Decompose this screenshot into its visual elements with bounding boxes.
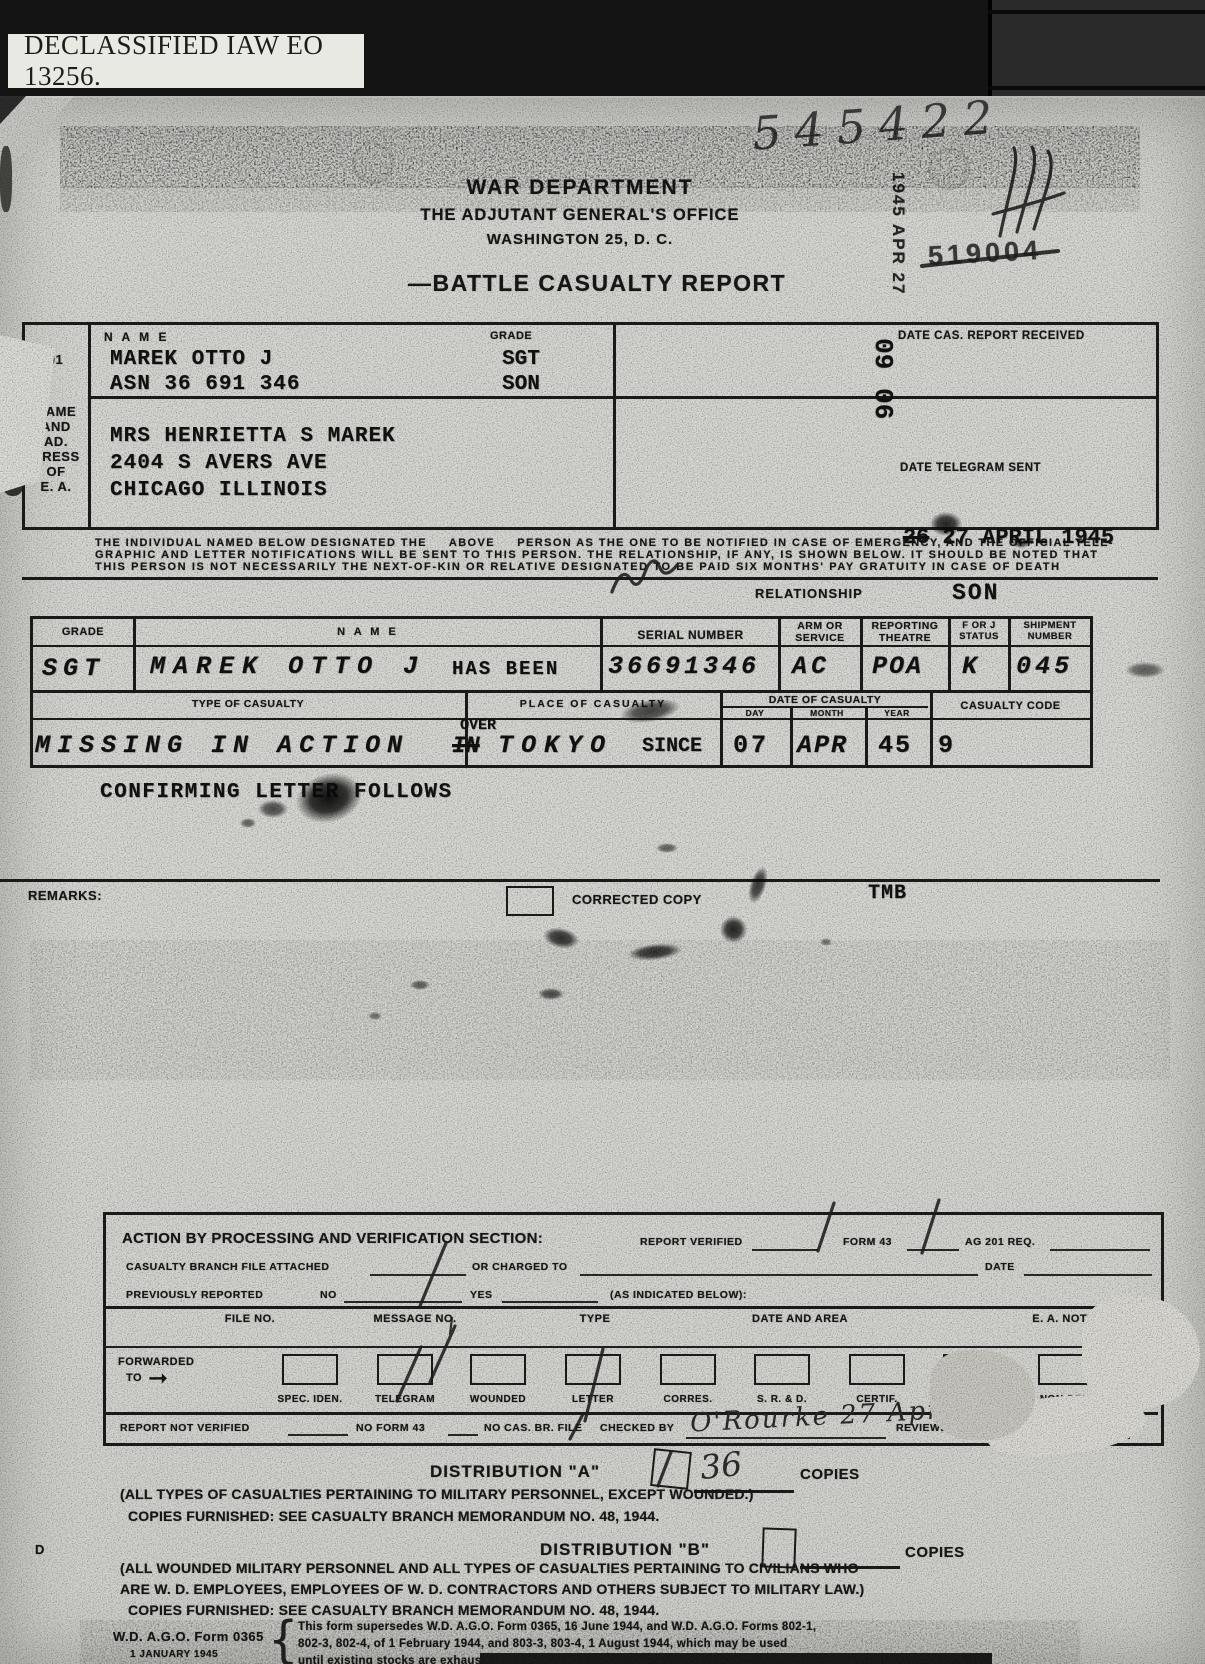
arm-header-line: SERVICE: [780, 632, 860, 644]
shipment-header: SHIPMENT NUMBER: [1010, 620, 1090, 642]
month-value: APR: [797, 731, 848, 760]
fill-line: [752, 1249, 818, 1251]
forwarded-checkbox-wounded: [470, 1354, 526, 1385]
edge-mark: [0, 146, 12, 212]
ink-blot: [410, 980, 430, 990]
fill-line: [907, 1249, 959, 1251]
name-value: MAREK OTTO J: [150, 652, 426, 681]
theatre-header-line: REPORTING: [862, 620, 948, 632]
fill-line: [580, 1274, 978, 1276]
arrow-right-icon: ➞: [148, 1364, 168, 1392]
type-of-casualty-header: TYPE OF CASUALTY: [33, 698, 463, 710]
distribution-b-label: DISTRIBUTION "B": [540, 1540, 710, 1560]
theatre-header: REPORTING THEATRE: [862, 620, 948, 644]
letterhead: WAR DEPARTMENT THE ADJUTANT GENERAL'S OF…: [255, 176, 905, 248]
col-header-date-area: DATE AND AREA: [720, 1313, 880, 1325]
punch-hole: [928, 148, 970, 190]
received-stamp-09: 09: [868, 338, 898, 369]
ink-blot: [538, 988, 564, 1000]
forwarded-item-label: SPEC. IDEN.: [263, 1394, 357, 1405]
fill-line: [344, 1301, 462, 1303]
ink-blot: [720, 916, 747, 943]
distribution-b-desc1: (ALL WOUNDED MILITARY PERSONNEL AND ALL …: [120, 1560, 859, 1576]
fill-line: [1050, 1249, 1150, 1251]
footer-note-2: 802-3, 802-4, of 1 February 1944, and 80…: [298, 1638, 787, 1650]
arm-value: AC: [792, 652, 830, 681]
ag201-label: AG 201 REQ.: [965, 1236, 1035, 1248]
place-value: TOKYO: [498, 731, 613, 760]
id-box-label-divider: [88, 322, 91, 530]
banner-right-seam: [988, 10, 1205, 14]
table-left-border: [30, 616, 33, 768]
date-fill-label: DATE: [985, 1261, 1015, 1273]
fill-line: [686, 1437, 886, 1439]
war-department-title: WAR DEPARTMENT: [255, 176, 905, 200]
shipment-value: 045: [1016, 652, 1073, 681]
col-header-file-no: FILE NO.: [180, 1313, 320, 1325]
since-text: SINCE: [642, 735, 702, 758]
bottom-dark-strip: [480, 1653, 992, 1664]
as-indicated-label: (AS INDICATED BELOW):: [610, 1289, 747, 1301]
forwarded-to-label: TO: [126, 1372, 142, 1384]
over-correction: OVER: [460, 717, 496, 734]
no-form43-label: NO FORM 43: [356, 1422, 425, 1434]
id-box-date-divider: [613, 322, 616, 530]
ink-blot: [930, 512, 962, 536]
relationship-label: RELATIONSHIP: [755, 586, 863, 601]
col-header-type: TYPE: [540, 1313, 650, 1325]
forwarded-item-label: CORRES.: [641, 1394, 735, 1405]
fill-line: [288, 1434, 348, 1436]
adjutant-office-line: THE ADJUTANT GENERAL'S OFFICE: [255, 206, 905, 225]
casualty-relation: SON: [502, 373, 540, 396]
forwarded-item-label: LETTER: [546, 1394, 640, 1405]
distribution-b-desc2: ARE W. D. EMPLOYEES, EMPLOYEES OF W. D. …: [120, 1581, 864, 1597]
ea-street: 2404 S AVERS AVE: [110, 452, 328, 475]
form43-label: FORM 43: [843, 1236, 892, 1248]
year-value: 45: [878, 731, 912, 760]
light-patch: [930, 1350, 1035, 1440]
grade-column-header: GRADE: [490, 330, 532, 342]
casualty-asn: ASN 36 691 346: [110, 373, 300, 396]
has-been-text: HAS BEEN: [452, 658, 559, 680]
date-received-stamp: 1945 APR 27: [888, 172, 908, 304]
date-received-label: DATE CAS. REPORT RECEIVED: [898, 330, 1085, 342]
form-number: W.D. A.G.O. Form 0365: [113, 1629, 264, 1644]
struck-stamp-number: 519004: [927, 235, 1043, 272]
name-column-header: N A M E: [104, 330, 169, 344]
forj-value: K: [962, 652, 977, 681]
or-charged-label: OR CHARGED TO: [472, 1261, 568, 1273]
forwarded-checkbox-telegram: [377, 1354, 433, 1385]
declassified-text: DECLASSIFIED IAW EO 13256.: [8, 30, 364, 92]
place-of-casualty-header: PLACE OF CASUALTY: [468, 698, 718, 710]
checked-by-label: CHECKED BY: [600, 1422, 674, 1434]
punch-hole: [352, 142, 394, 184]
copies-label-b: COPIES: [905, 1544, 965, 1561]
year-header: YEAR: [867, 708, 927, 718]
distribution-a-furnished: COPIES FURNISHED: SEE CASUALTY BRANCH ME…: [128, 1508, 660, 1524]
remarks-initials: TMB: [868, 882, 907, 905]
banner-right-seam: [988, 86, 1205, 90]
no-cas-file-label: NO CAS. BR. FILE: [484, 1422, 582, 1434]
code-value: 9: [938, 731, 953, 760]
banner-right-block: [988, 0, 1205, 96]
name-header: N A M E: [136, 626, 600, 638]
not-verified-label: REPORT NOT VERIFIED: [120, 1422, 250, 1434]
table-bottom-border: [30, 765, 1092, 768]
table-right-border: [1090, 616, 1093, 768]
declassified-label: DECLASSIFIED IAW EO 13256.: [8, 34, 364, 88]
id-box-right-border: [1156, 322, 1159, 530]
action-title: ACTION BY PROCESSING AND VERIFICATION SE…: [122, 1230, 543, 1247]
corner-mark: D: [35, 1542, 45, 1557]
casualty-code-header: CASUALTY CODE: [933, 700, 1088, 712]
grade-header: GRADE: [33, 626, 133, 638]
forwarded-checkbox-letter: [565, 1354, 621, 1385]
arm-service-header: ARM OR SERVICE: [780, 620, 860, 644]
id-box-top-border: [22, 322, 1158, 325]
distribution-a-checkbox: [650, 1448, 692, 1490]
table-mid-border: [30, 690, 1092, 693]
empty-row-line: [103, 1346, 1158, 1348]
notice-line-3: THIS PERSON IS NOT NECESSARILY THE NEXT-…: [95, 561, 1061, 573]
ea-city: CHICAGO ILLINOIS: [110, 479, 328, 502]
fill-line: [502, 1301, 598, 1303]
ink-blot: [1012, 538, 1030, 548]
forj-header-line: STATUS: [950, 631, 1008, 642]
casualty-grade: SGT: [502, 348, 540, 371]
struck-word: IN: [452, 733, 480, 759]
distribution-a-label: DISTRIBUTION "A": [430, 1462, 600, 1482]
forwarded-item-label: TELEGRAM: [358, 1394, 452, 1405]
ink-blot: [240, 818, 256, 828]
washington-line: WASHINGTON 25, D. C.: [255, 231, 905, 248]
forwarded-checkbox-srd: [754, 1354, 810, 1385]
table-header-rule: [30, 645, 1092, 647]
ink-blot: [820, 938, 832, 946]
action-divider: [103, 1306, 1158, 1309]
ink-blot: [1125, 662, 1165, 678]
copies-label-a: COPIES: [800, 1466, 860, 1483]
fill-line: [1024, 1274, 1152, 1276]
arm-header-line: ARM OR: [780, 620, 860, 632]
day-header: DAY: [722, 708, 788, 718]
serial-value: 36691346: [608, 652, 760, 681]
serial-header: SERIAL NUMBER: [603, 628, 778, 642]
brace-glyph: {: [268, 1611, 299, 1664]
ea-name: MRS HENRIETTA S MAREK: [110, 425, 396, 448]
corrected-copy-checkbox: [506, 886, 554, 916]
no-label: NO: [320, 1289, 337, 1301]
grade-value: SGT: [42, 654, 105, 683]
type-value: MISSING IN ACTION: [35, 731, 409, 760]
forwarded-checkbox-certif: [849, 1354, 905, 1385]
forwarded-checkbox-spec-iden: [282, 1354, 338, 1385]
footer-note-3: until existing stocks are exhausted.: [298, 1655, 503, 1664]
day-value: 07: [733, 731, 769, 760]
forwarded-item-label: WOUNDED: [451, 1394, 545, 1405]
forj-header: F OR J STATUS: [950, 620, 1008, 642]
received-stamp-06: 06: [868, 388, 898, 419]
forwarded-checkbox-corres: [660, 1354, 716, 1385]
telegram-sent-label: DATE TELEGRAM SENT: [900, 462, 1041, 474]
prev-reported-label: PREVIOUSLY REPORTED: [126, 1289, 263, 1301]
shipment-header-line: SHIPMENT: [1010, 620, 1090, 631]
form-date: 1 JANUARY 1945: [130, 1649, 218, 1660]
light-patch: [1082, 1296, 1200, 1408]
ink-blot: [258, 800, 288, 818]
theatre-header-line: THEATRE: [862, 632, 948, 644]
forj-header-line: F OR J: [950, 620, 1008, 631]
relationship-value: SON: [952, 580, 999, 606]
report-title: —BATTLE CASUALTY REPORT: [408, 270, 786, 297]
fill-line: [370, 1274, 466, 1276]
notice-line-2: GRAPHIC AND LETTER NOTIFICATIONS WILL BE…: [95, 549, 1099, 561]
col-header-message-no: MESSAGE NO.: [340, 1313, 490, 1325]
scanned-battle-casualty-report: DECLASSIFIED IAW EO 13256. WAR DEPARTMEN…: [0, 0, 1205, 1664]
casualty-name: MAREK OTTO J: [110, 348, 273, 371]
fill-line: [448, 1434, 478, 1436]
footer-note-1: This form supersedes W.D. A.G.O. Form 03…: [298, 1621, 816, 1633]
date-of-casualty-header: DATE OF CASUALTY: [722, 694, 928, 706]
remarks-label: REMARKS:: [28, 888, 102, 903]
branch-file-label: CASUALTY BRANCH FILE ATTACHED: [126, 1261, 330, 1273]
distribution-a-desc: (ALL TYPES OF CASUALTIES PERTAINING TO M…: [120, 1486, 754, 1502]
ink-blot: [368, 1012, 382, 1020]
distribution-a-count: 36: [698, 1444, 744, 1487]
table-top-border: [30, 616, 1092, 619]
month-header: MONTH: [792, 708, 862, 718]
ink-blot: [656, 843, 678, 853]
remarks-rule: [0, 879, 1160, 882]
notice-line-1: THE INDIVIDUAL NAMED BELOW DESIGNATED TH…: [95, 537, 1114, 549]
table-header2-rule: [30, 718, 1092, 720]
shipment-header-line: NUMBER: [1010, 631, 1090, 642]
report-verified-label: REPORT VERIFIED: [640, 1236, 743, 1248]
corrected-copy-label: CORRECTED COPY: [572, 892, 702, 907]
id-box-row-divider: [88, 396, 1158, 399]
distribution-b-furnished: COPIES FURNISHED: SEE CASUALTY BRANCH ME…: [128, 1602, 660, 1618]
yes-label: YES: [470, 1289, 493, 1301]
theatre-value: POA: [872, 652, 923, 681]
